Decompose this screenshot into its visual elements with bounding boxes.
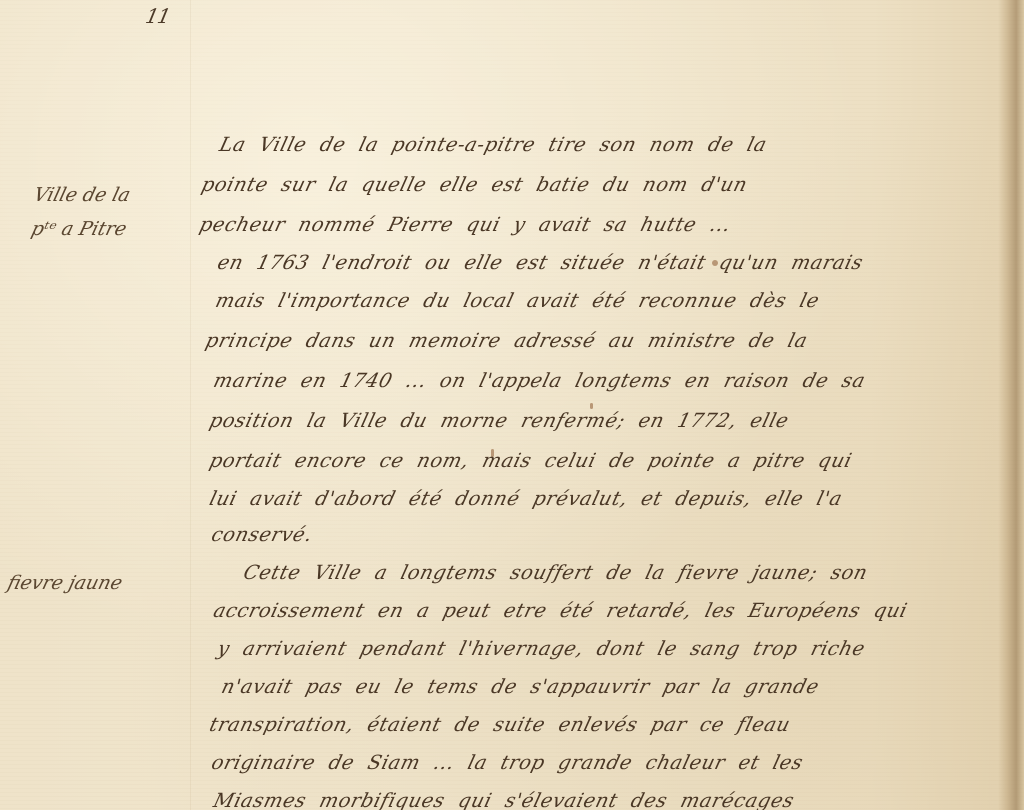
text-line: originaire de Siam ... la trop grande ch…: [209, 751, 806, 774]
text-line: transpiration, étaient de suite enlevés …: [207, 713, 793, 736]
text-line: marine en 1740 ... on l'appela longtems …: [211, 369, 868, 392]
text-line: position la Ville du morne renfermé; en …: [207, 409, 791, 432]
text-line: en 1763 l'endroit ou elle est située n'é…: [215, 251, 866, 274]
margin-note-line: fievre jaune: [4, 566, 126, 600]
binding-gutter-shadow: [998, 0, 1024, 810]
margin-note-ville-pointe-a-pitre: Ville de la pᵗᵉ a Pitre: [22, 178, 139, 246]
text-line: pecheur nommé Pierre qui y avait sa hutt…: [197, 213, 733, 236]
text-line: principe dans un memoire adressé au mini…: [203, 329, 810, 352]
text-line: n'avait pas eu le tems de s'appauvrir pa…: [219, 675, 822, 698]
text-line: accroissement en a peut etre été retardé…: [211, 599, 910, 622]
text-line: pointe sur la quelle elle est batie du n…: [199, 173, 750, 196]
text-line: portait encore ce nom, mais celui de poi…: [207, 449, 854, 472]
manuscript-page: 11 Ville de la pᵗᵉ a Pitre fievre jaune …: [0, 0, 1024, 810]
text-line: lui avait d'abord été donné prévalut, et…: [207, 487, 845, 510]
text-line: y arrivaient pendant l'hivernage, dont l…: [215, 637, 868, 660]
text-line: Cette Ville a longtems souffert de la fi…: [241, 561, 870, 584]
margin-rule: [190, 0, 191, 810]
text-line: conservé.: [209, 523, 315, 546]
margin-note-line: Ville de la: [30, 178, 139, 212]
margin-note-fievre-jaune: fievre jaune: [4, 566, 126, 600]
margin-note-line: pᵗᵉ a Pitre: [22, 212, 131, 246]
page-number: 11: [143, 4, 172, 28]
text-line: mais l'importance du local avait été rec…: [213, 289, 822, 312]
text-line: La Ville de la pointe-a-pitre tire son n…: [217, 133, 769, 156]
text-line: Miasmes morbifiques qui s'élevaient des …: [211, 789, 797, 810]
